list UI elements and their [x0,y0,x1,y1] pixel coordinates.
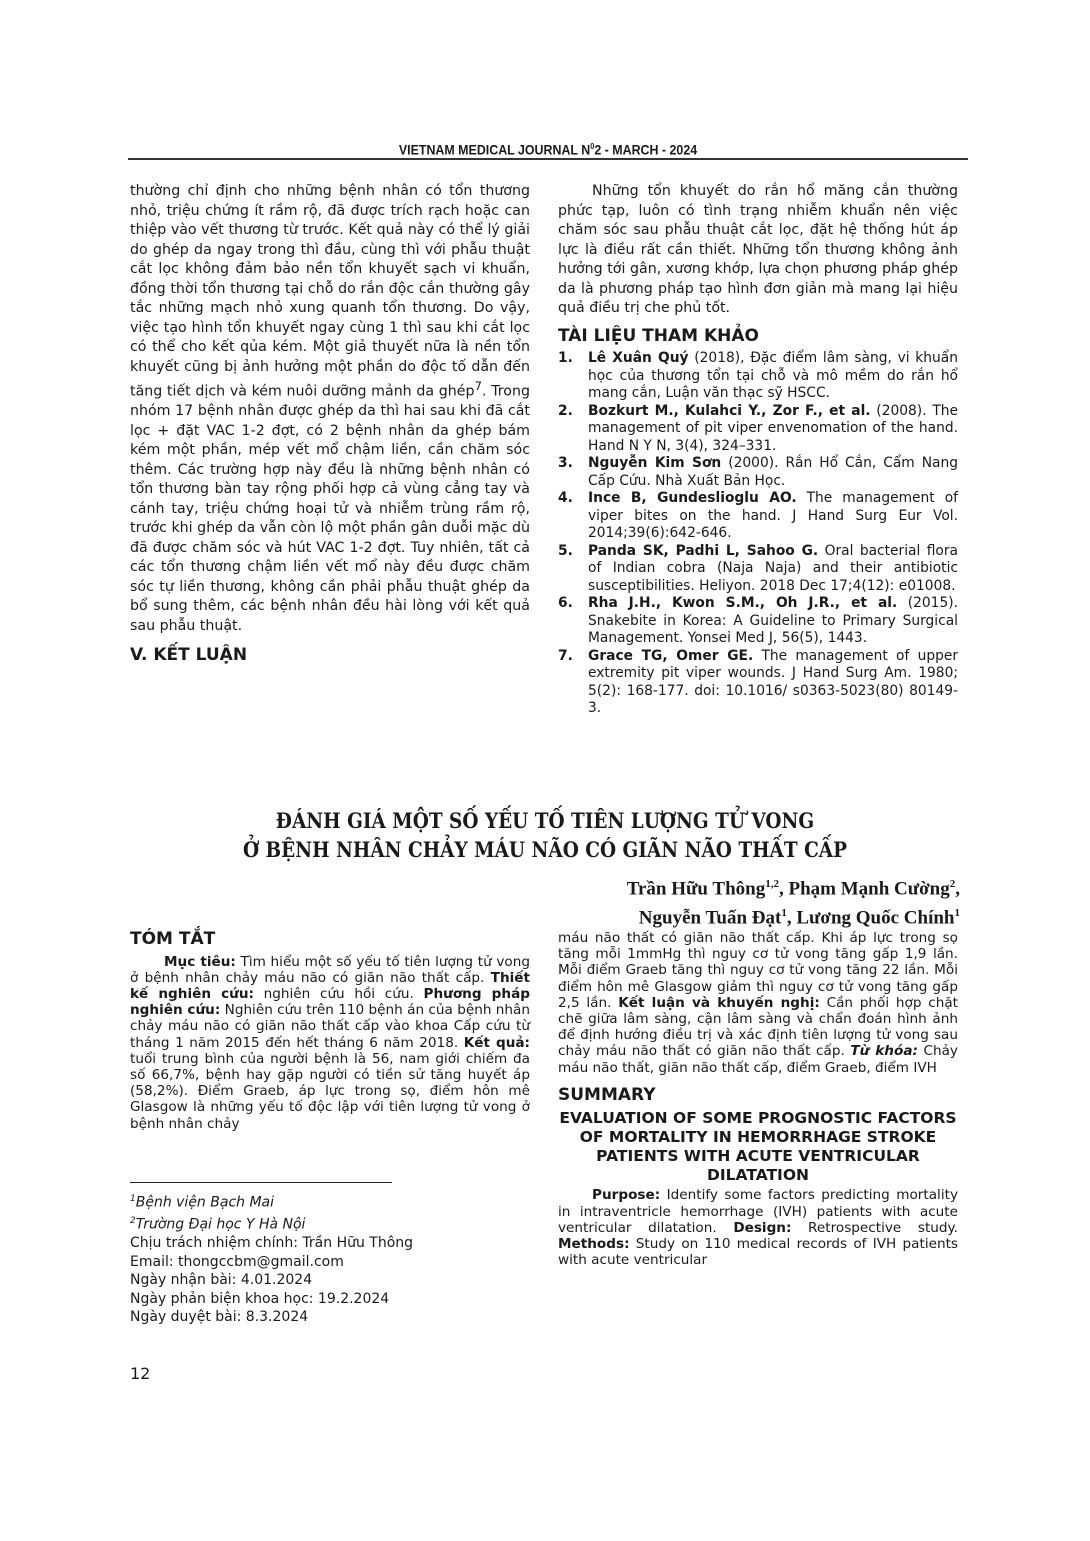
article-title-line-1: ĐÁNH GIÁ MỘT SỐ YẾU TỐ TIÊN LƯỢNG TỬ VON… [180,806,910,835]
abstract-heading: TÓM TẮT [130,930,530,950]
author-list: Trần Hữu Thông1,2, Phạm Mạnh Cường2, Ngu… [530,872,960,931]
previous-article-left-column: thường chỉ định cho những bệnh nhân có t… [130,182,530,670]
previous-article-right-column: Những tổn khuyết do rắn hổ măng cắn thườ… [558,182,958,718]
citation-superscript: 7 [474,379,482,393]
affiliation-1: 1Bệnh viện Bạch Mai [130,1190,540,1212]
paragraph-text: thường chỉ định cho những bệnh nhân có t… [130,183,530,400]
keywords-label: Từ khóa: [850,1043,918,1059]
results-text: tuổi trung bình của người bệnh là 56, na… [130,1051,530,1132]
reviewed-date: Ngày phản biện khoa học: 19.2.2024 [130,1290,540,1309]
author-name: Lương Quốc Chính [796,908,954,929]
reference-item: 3.Nguyễn Kim Sơn (2000). Rắn Hổ Cắn, Cẩm… [558,455,958,490]
reference-item: 6.Rha J.H., Kwon S.M., Oh J.R., et al. (… [558,595,958,648]
reference-number: 3. [558,455,573,473]
journal-page: VIETNAM MEDICAL JOURNAL N02 - MARCH - 20… [0,0,1090,1541]
reference-item: 4.Ince B, Gundeslioglu AO. The managemen… [558,490,958,543]
page-number: 12 [130,1364,150,1383]
affiliation-superscript: 1,2 [765,878,779,890]
reference-authors: Nguyễn Kim Sơn [588,455,721,471]
reference-item: 2.Bozkurt M., Kulahci Y., Zor F., et al.… [558,403,958,456]
reference-authors: Lê Xuân Quý [588,350,689,366]
reference-number: 5. [558,543,573,561]
discussion-paragraph: thường chỉ định cho những bệnh nhân có t… [130,182,530,636]
conclusion-label: Kết luận và khuyến nghị: [618,995,820,1011]
email: Email: thongccbm@gmail.com [130,1253,540,1272]
article-title: ĐÁNH GIÁ MỘT SỐ YẾU TỐ TIÊN LƯỢNG TỬ VON… [180,806,910,864]
reference-authors: Ince B, Gundeslioglu AO. [588,490,797,506]
design-label-en: Design: [733,1220,791,1236]
reference-item: 1.Lê Xuân Quý (2018), Đặc điểm lâm sàng,… [558,350,958,403]
author-line-1: Trần Hữu Thông1,2, Phạm Mạnh Cường2, [530,872,960,901]
affiliation-2: 2Trường Đại học Y Hà Nội [130,1212,540,1234]
reference-item: 5.Panda SK, Padhi L, Sahoo G. Oral bacte… [558,543,958,596]
conclusion-paragraph: Những tổn khuyết do rắn hổ măng cắn thườ… [558,182,958,319]
author-name: Nguyễn Tuấn Đạt [639,908,782,929]
abstract-paragraph-continued: máu não thất có giãn não thất cấp. Khi á… [558,930,958,1076]
footnotes: 1Bệnh viện Bạch Mai 2Trường Đại học Y Hà… [130,1190,540,1327]
summary-paragraph: Purpose: Identify some factors predictin… [558,1187,958,1268]
accepted-date: Ngày duyệt bài: 8.3.2024 [130,1308,540,1327]
corresponding-author: Chịu trách nhiệm chính: Trần Hữu Thông [130,1234,540,1253]
reference-number: 6. [558,595,573,613]
reference-authors: Rha J.H., Kwon S.M., Oh J.R., et al. [588,595,897,611]
references-heading: TÀI LIỆU THAM KHẢO [558,327,958,347]
design-text: nghiên cứu hồi cứu. [254,986,424,1002]
abstract-paragraph: Mục tiêu: Tìm hiểu một số yếu tố tiên lư… [130,954,530,1132]
purpose-label: Purpose: [592,1187,660,1203]
reference-number: 2. [558,403,573,421]
references-list: 1.Lê Xuân Quý (2018), Đặc điểm lâm sàng,… [558,350,958,718]
objective-label: Mục tiêu: [164,954,236,970]
affiliation-name: Bệnh viện Bạch Mai [136,1195,274,1211]
received-date: Ngày nhận bài: 4.01.2024 [130,1271,540,1290]
methods-label: Methods: [558,1236,630,1252]
reference-number: 1. [558,350,573,368]
article-title-line-2: Ở BỆNH NHÂN CHẢY MÁU NÃO CÓ GIÃN NÃO THẤ… [180,835,910,864]
conclusion-heading: V. KẾT LUẬN [130,646,530,666]
author-name: Trần Hữu Thông [627,878,765,899]
summary-title: EVALUATION OF SOME PROGNOSTIC FACTORS OF… [558,1109,958,1185]
reference-number: 7. [558,648,573,666]
author-name: Phạm Mạnh Cường [788,878,949,899]
reference-item: 7.Grace TG, Omer GE. The management of u… [558,648,958,718]
summary-heading: SUMMARY [558,1086,958,1106]
issue-date: 2 - MARCH - 2024 [594,143,697,158]
affiliation-superscript: 1 [955,907,961,919]
reference-authors: Bozkurt M., Kulahci Y., Zor F., et al. [588,403,871,419]
reference-number: 4. [558,490,573,508]
design-text-en: Retrospective study. [791,1220,958,1236]
paragraph-text-continued: . Trong nhóm 17 bệnh nhân được ghép da t… [130,384,530,634]
journal-name: VIETNAM MEDICAL JOURNAL N [399,143,590,158]
abstract-right-column: máu não thất có giãn não thất cấp. Khi á… [558,930,958,1268]
reference-authors: Grace TG, Omer GE. [588,648,753,664]
abstract-left-column: TÓM TẮT Mục tiêu: Tìm hiểu một số yếu tố… [130,930,530,1132]
author-separator: , [787,908,797,929]
footnote-rule [130,1182,392,1183]
reference-authors: Panda SK, Padhi L, Sahoo G. [588,543,818,559]
author-separator: , [955,878,960,899]
affiliation-name: Trường Đại học Y Hà Nội [136,1217,306,1233]
header-rule [128,158,968,160]
author-line-2: Nguyễn Tuấn Đạt1, Lương Quốc Chính1 [530,901,960,930]
running-header: VIETNAM MEDICAL JOURNAL N02 - MARCH - 20… [162,142,935,158]
results-label: Kết quả: [464,1035,530,1051]
